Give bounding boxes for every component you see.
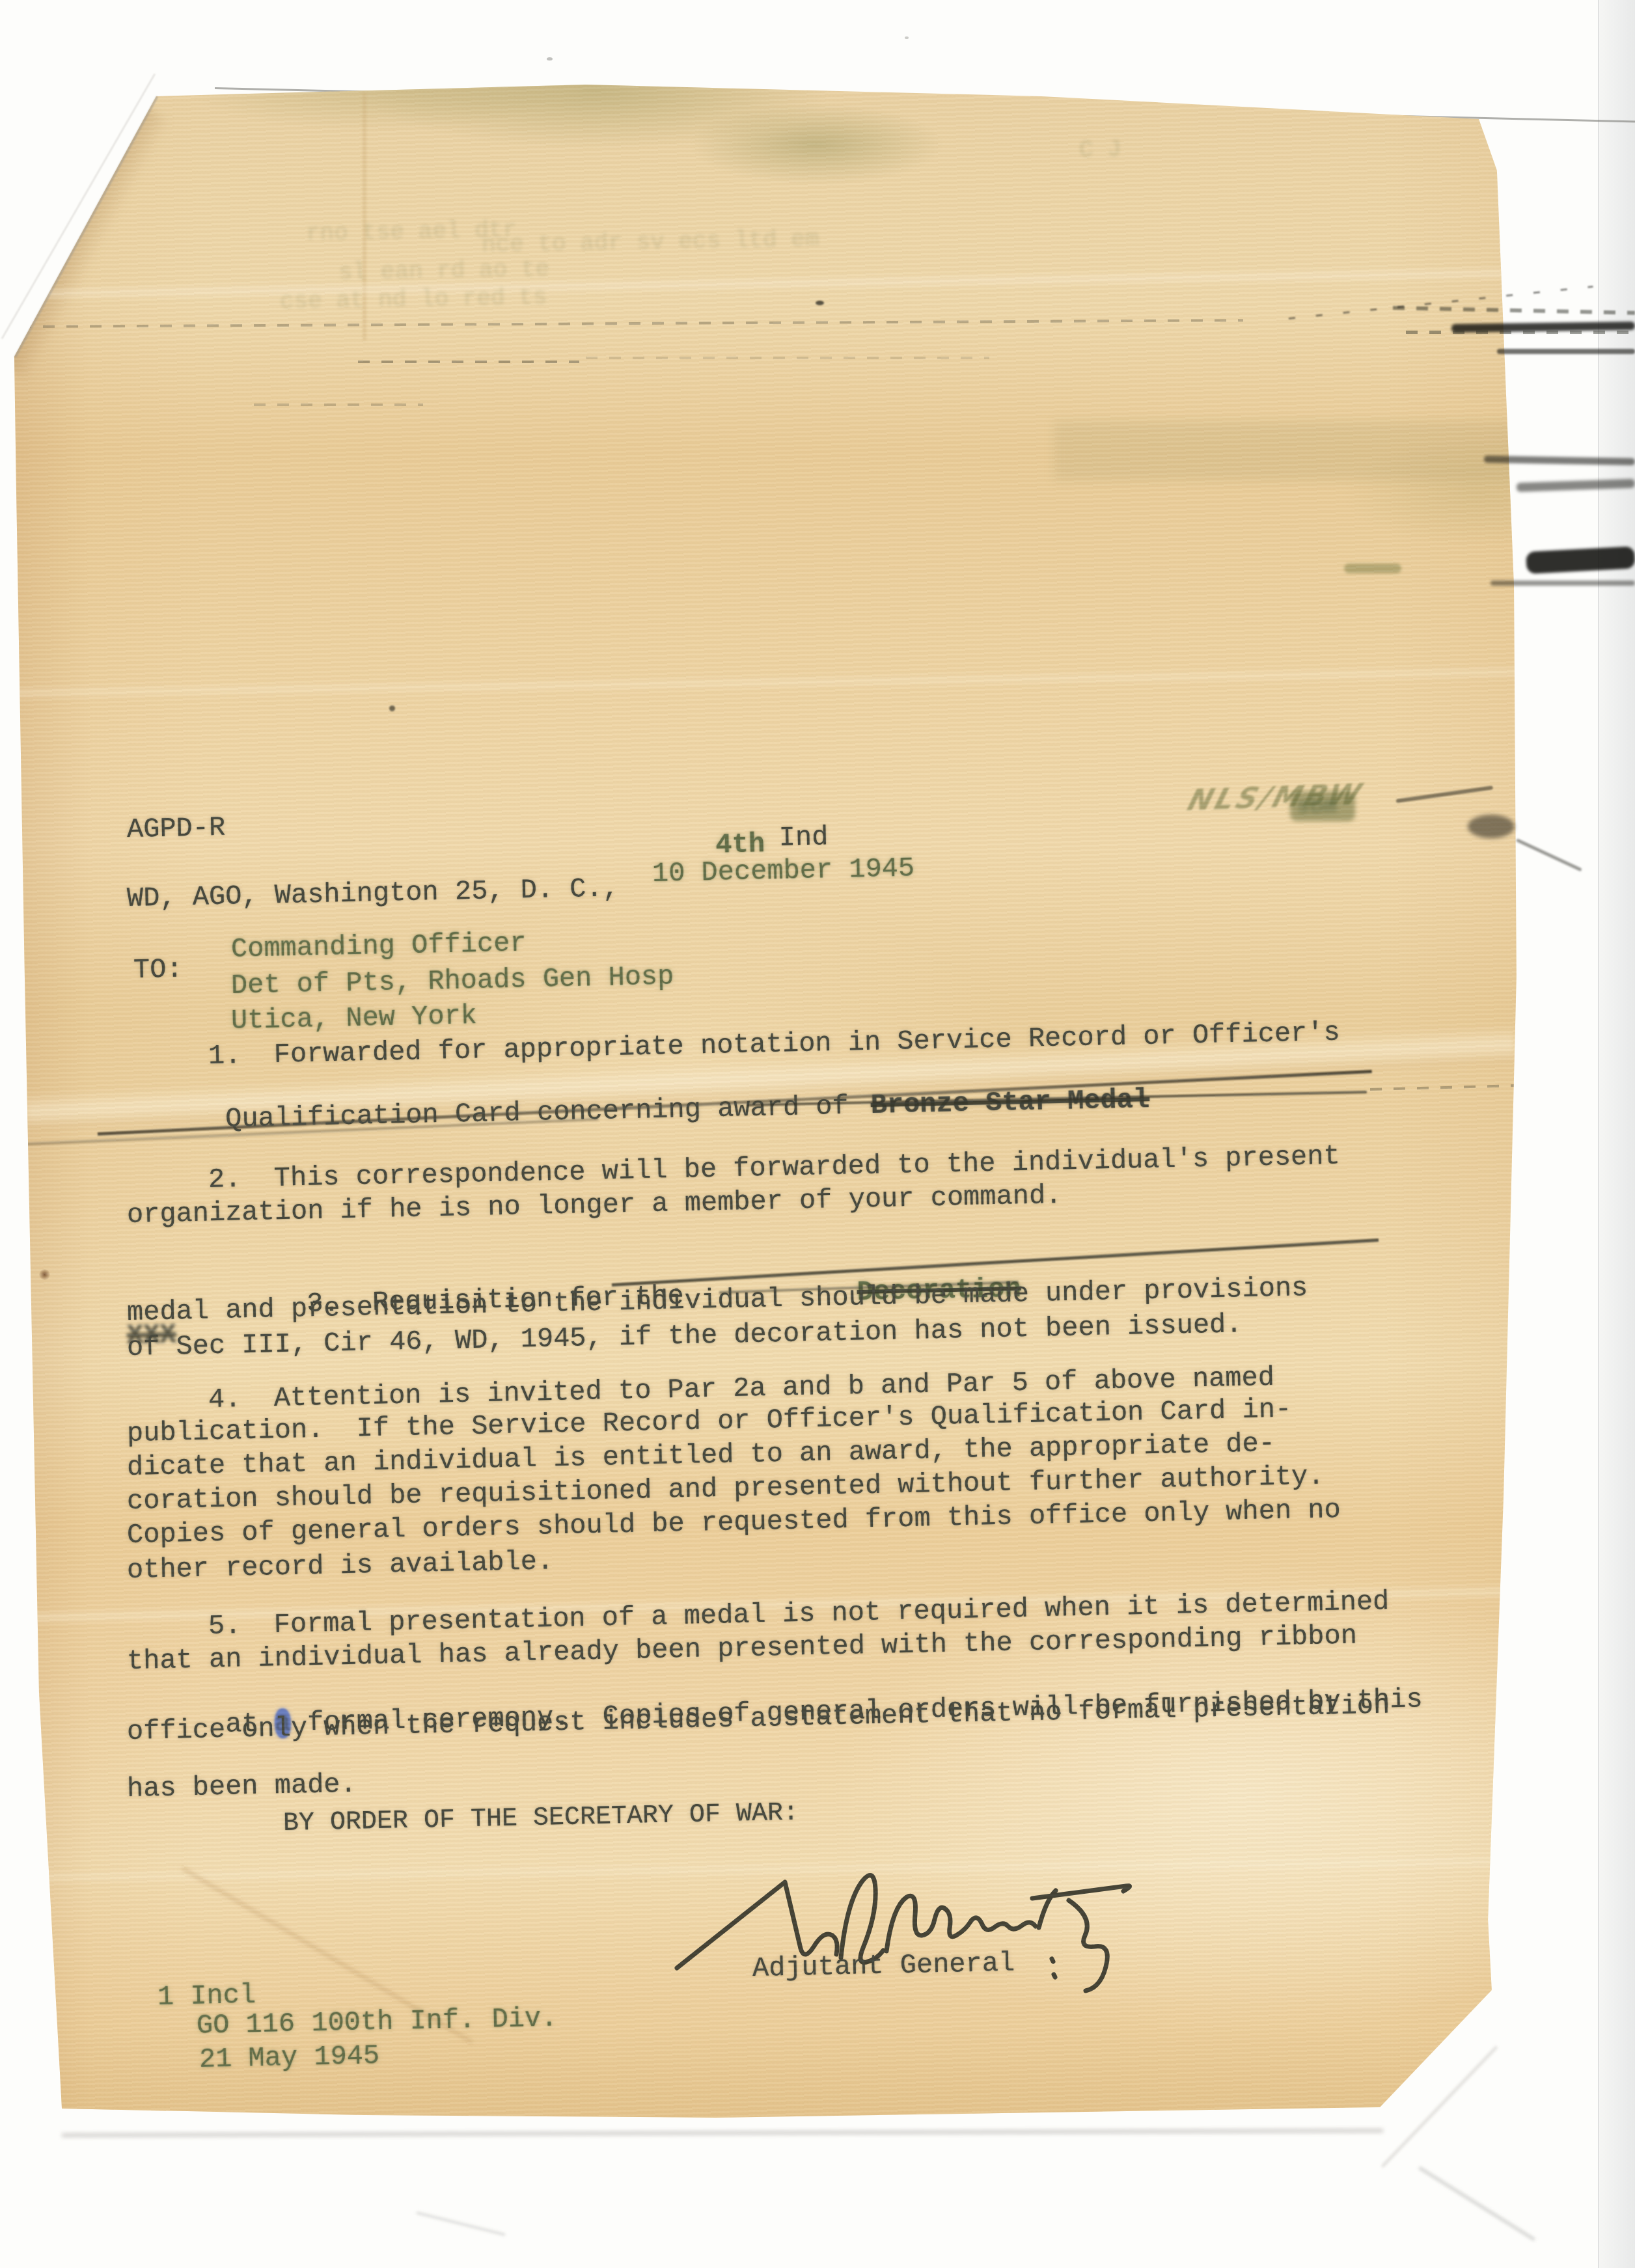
to-label: TO: [133, 954, 184, 985]
margin-speck [547, 57, 553, 61]
addressee-line: Det of Pts, Rhoads Gen Hosp [231, 962, 674, 1001]
toner-blotch [1468, 815, 1515, 838]
ghost-text-chars: C J [1079, 136, 1122, 163]
scanned-document-canvas: rno tse ael dtr nce to adr sv ecs ltd em… [0, 0, 1635, 2268]
warp-band [13, 668, 1588, 696]
brown-stain-dot [39, 1269, 50, 1280]
fold-corner-shadow [0, 105, 171, 381]
reference-code: AGPD-R [127, 813, 226, 845]
ghost-text-line: cse at nd lo red ts [280, 284, 547, 315]
ghost-text-line: nce to adr sv ecs ltd em [482, 226, 819, 258]
ink-speck [389, 705, 395, 711]
signer-title: Adjutant General [752, 1948, 1015, 1984]
toner-streak [1406, 331, 1635, 334]
indorsement-word: Ind [778, 821, 829, 854]
margin-streak [417, 2211, 506, 2236]
green-dash-mark [1344, 564, 1401, 573]
award-underline-dashes [1370, 1084, 1526, 1091]
toner-streak [1491, 581, 1635, 586]
para5-line5: has been made. [127, 1769, 357, 1804]
margin-speck [905, 36, 909, 39]
enclosure-count: 1 Incl [158, 1980, 256, 2012]
toner-streak [1497, 349, 1635, 354]
toner-dash-line [254, 403, 423, 406]
ghost-text-line: sl ean rd ao te [338, 256, 550, 286]
letter-paper: rno tse ael dtr nce to adr sv ecs ltd em… [13, 57, 1588, 2130]
olive-warp-band [1054, 422, 1588, 480]
toner-dash-line [20, 319, 1243, 328]
margin-streak [1418, 2166, 1536, 2241]
date-line: 10 December 1945 [652, 854, 915, 889]
ink-speck [816, 301, 824, 305]
enclosure-date: 21 May 1945 [199, 2041, 380, 2075]
addressee-line: Commanding Officer [231, 929, 527, 964]
toner-dash-line [358, 361, 579, 363]
office-line: WD, AGO, Washington 25, D. C., [127, 873, 620, 914]
stamp-smudge-text: sbm [1297, 792, 1337, 823]
toner-streak [1516, 838, 1582, 871]
warp-band [13, 268, 1588, 298]
bottom-edge-shadow [62, 2129, 1383, 2137]
para4-line6: other record is available. [127, 1546, 554, 1585]
toner-dash-line [586, 357, 989, 359]
scanner-edge-strip [1598, 0, 1635, 2268]
by-order-line: BY ORDER OF THE SECRETARY OF WAR: [283, 1798, 799, 1839]
para1-line2-text: Qualification Card concerning award of [225, 1091, 849, 1135]
enclosure-orders: GO 116 100th Inf. Div. [197, 2003, 558, 2041]
addressee-line: Utica, New York [231, 1001, 478, 1036]
